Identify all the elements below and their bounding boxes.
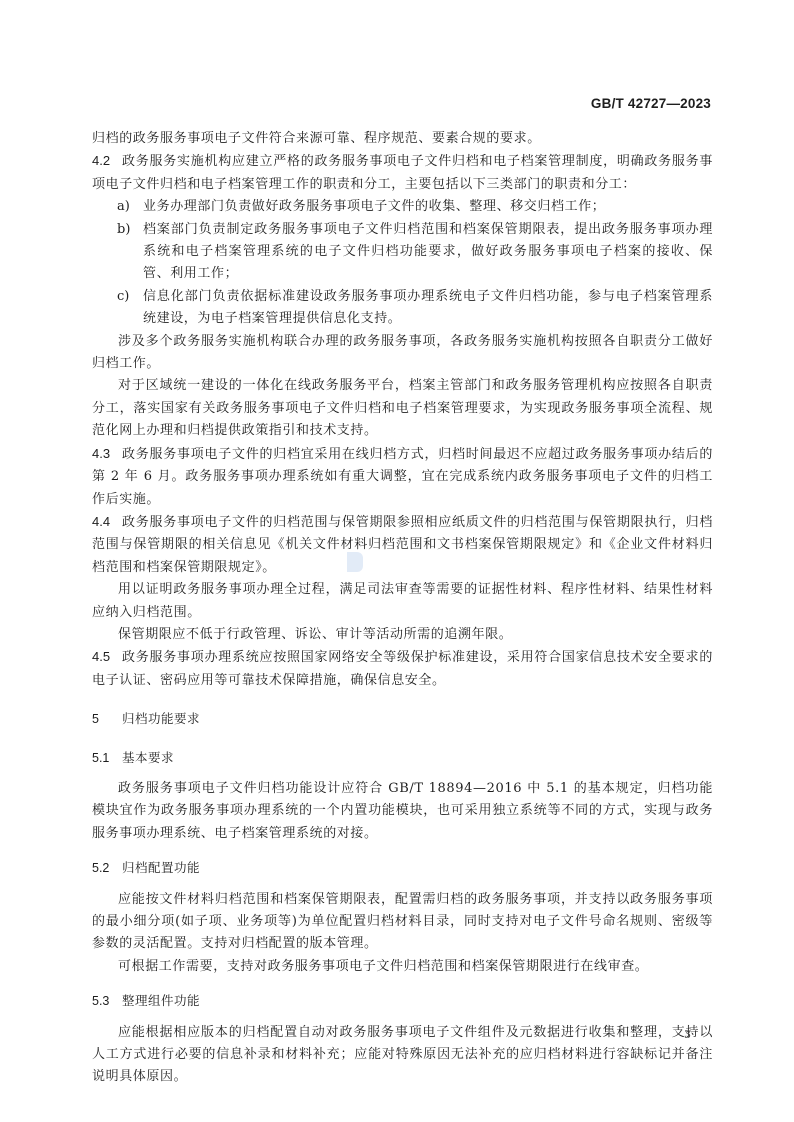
- clause-text: 政务服务事项电子文件的归档宜采用在线归档方式，归档时间最迟不应超过政务服务事项办…: [92, 447, 713, 507]
- subsection-number: 5.1: [92, 747, 122, 769]
- subsection-title: 整理组件功能: [122, 993, 200, 1008]
- subsection-title: 归档配置功能: [122, 860, 200, 875]
- paragraph: 保管期限应不低于行政管理、诉讼、审计等活动所需的追溯年限。: [92, 624, 713, 646]
- paragraph: 应能根据相应版本的归档配置自动对政务服务事项电子文件组件及元数据进行收集和整理，…: [92, 1022, 713, 1089]
- list-item-text: 信息化部门负责依据标准建设政务服务事项办理系统电子文件归档功能，参与电子档案管理…: [143, 289, 713, 326]
- clause-number: 4.5: [92, 646, 122, 668]
- clause-4-5: 4.5政务服务事项办理系统应按照国家网络安全等级保护标准建设，采用符合国家信息技…: [92, 646, 713, 692]
- subsection-number: 5.3: [92, 990, 122, 1012]
- paragraph: 用以证明政务服务事项办理全过程，满足司法审查等需要的证据性材料、程序性材料、结果…: [92, 579, 713, 624]
- clause-number: 4.2: [92, 150, 122, 172]
- list-marker: c): [117, 286, 129, 308]
- standard-code: GB/T 42727—2023: [591, 96, 711, 111]
- clause-4-4: 4.4政务服务事项电子文件的归档范围与保管期限参照相应纸质文件的归档范围与保管期…: [92, 511, 713, 579]
- paragraph: 政务服务事项电子文件归档功能设计应符合 GB/T 18894—2016 中 5.…: [92, 778, 713, 845]
- document-body: 归档的政务服务事项电子文件符合来源可靠、程序规范、要素合规的要求。 4.2政务服…: [92, 128, 713, 1089]
- section-heading-5: 5归档功能要求: [92, 708, 713, 730]
- paragraph: 可根据工作需要，支持对政务服务事项电子文件归档范围和档案保管期限进行在线审查。: [92, 956, 713, 978]
- clause-text: 政务服务事项电子文件的归档范围与保管期限参照相应纸质文件的归档范围与保管期限执行…: [92, 515, 713, 575]
- list-item-a: a)业务办理部门负责做好政务服务事项电子文件的收集、整理、移交归档工作；: [92, 196, 713, 218]
- list-marker: b): [117, 219, 130, 241]
- subsection-heading-5-3: 5.3整理组件功能: [92, 990, 713, 1012]
- continuation-paragraph: 归档的政务服务事项电子文件符合来源可靠、程序规范、要素合规的要求。: [92, 128, 713, 150]
- list-item-b: b)档案部门负责制定政务服务事项电子文件归档范围和档案保管期限表，提出政务服务事…: [92, 219, 713, 286]
- subsection-heading-5-2: 5.2归档配置功能: [92, 857, 713, 879]
- clause-4-3: 4.3政务服务事项电子文件的归档宜采用在线归档方式，归档时间最迟不应超过政务服务…: [92, 443, 713, 511]
- subsection-heading-5-1: 5.1基本要求: [92, 747, 713, 769]
- section-title: 归档功能要求: [122, 711, 200, 726]
- clause-text: 政务服务事项办理系统应按照国家网络安全等级保护标准建设，采用符合国家信息技术安全…: [92, 650, 713, 687]
- list-marker: a): [117, 196, 130, 218]
- section-number: 5: [92, 708, 122, 730]
- paragraph: 应能按文件材料归档范围和档案保管期限表，配置需归档的政务服务事项，并支持以政务服…: [92, 889, 713, 956]
- subsection-number: 5.2: [92, 857, 122, 879]
- subsection-title: 基本要求: [122, 750, 174, 765]
- paragraph: 涉及多个政务服务实施机构联合办理的政务服务事项，各政务服务实施机构按照各自职责分…: [92, 331, 713, 376]
- clause-number: 4.4: [92, 511, 122, 533]
- clause-4-2: 4.2政务服务实施机构应建立严格的政务服务事项电子文件归档和电子档案管理制度，明…: [92, 150, 713, 196]
- list-item-text: 档案部门负责制定政务服务事项电子文件归档范围和档案保管期限表，提出政务服务事项办…: [143, 222, 713, 282]
- paragraph: 对于区域统一建设的一体化在线政务服务平台，档案主管部门和政务服务管理机构应按照各…: [92, 375, 713, 442]
- clause-text: 政务服务实施机构应建立严格的政务服务事项电子文件归档和电子档案管理制度，明确政务…: [92, 154, 713, 191]
- clause-number: 4.3: [92, 443, 122, 465]
- list-item-text: 业务办理部门负责做好政务服务事项电子文件的收集、整理、移交归档工作；: [143, 199, 605, 214]
- page-number: 3: [684, 1028, 691, 1041]
- list-item-c: c)信息化部门负责依据标准建设政务服务事项办理系统电子文件归档功能，参与电子档案…: [92, 286, 713, 331]
